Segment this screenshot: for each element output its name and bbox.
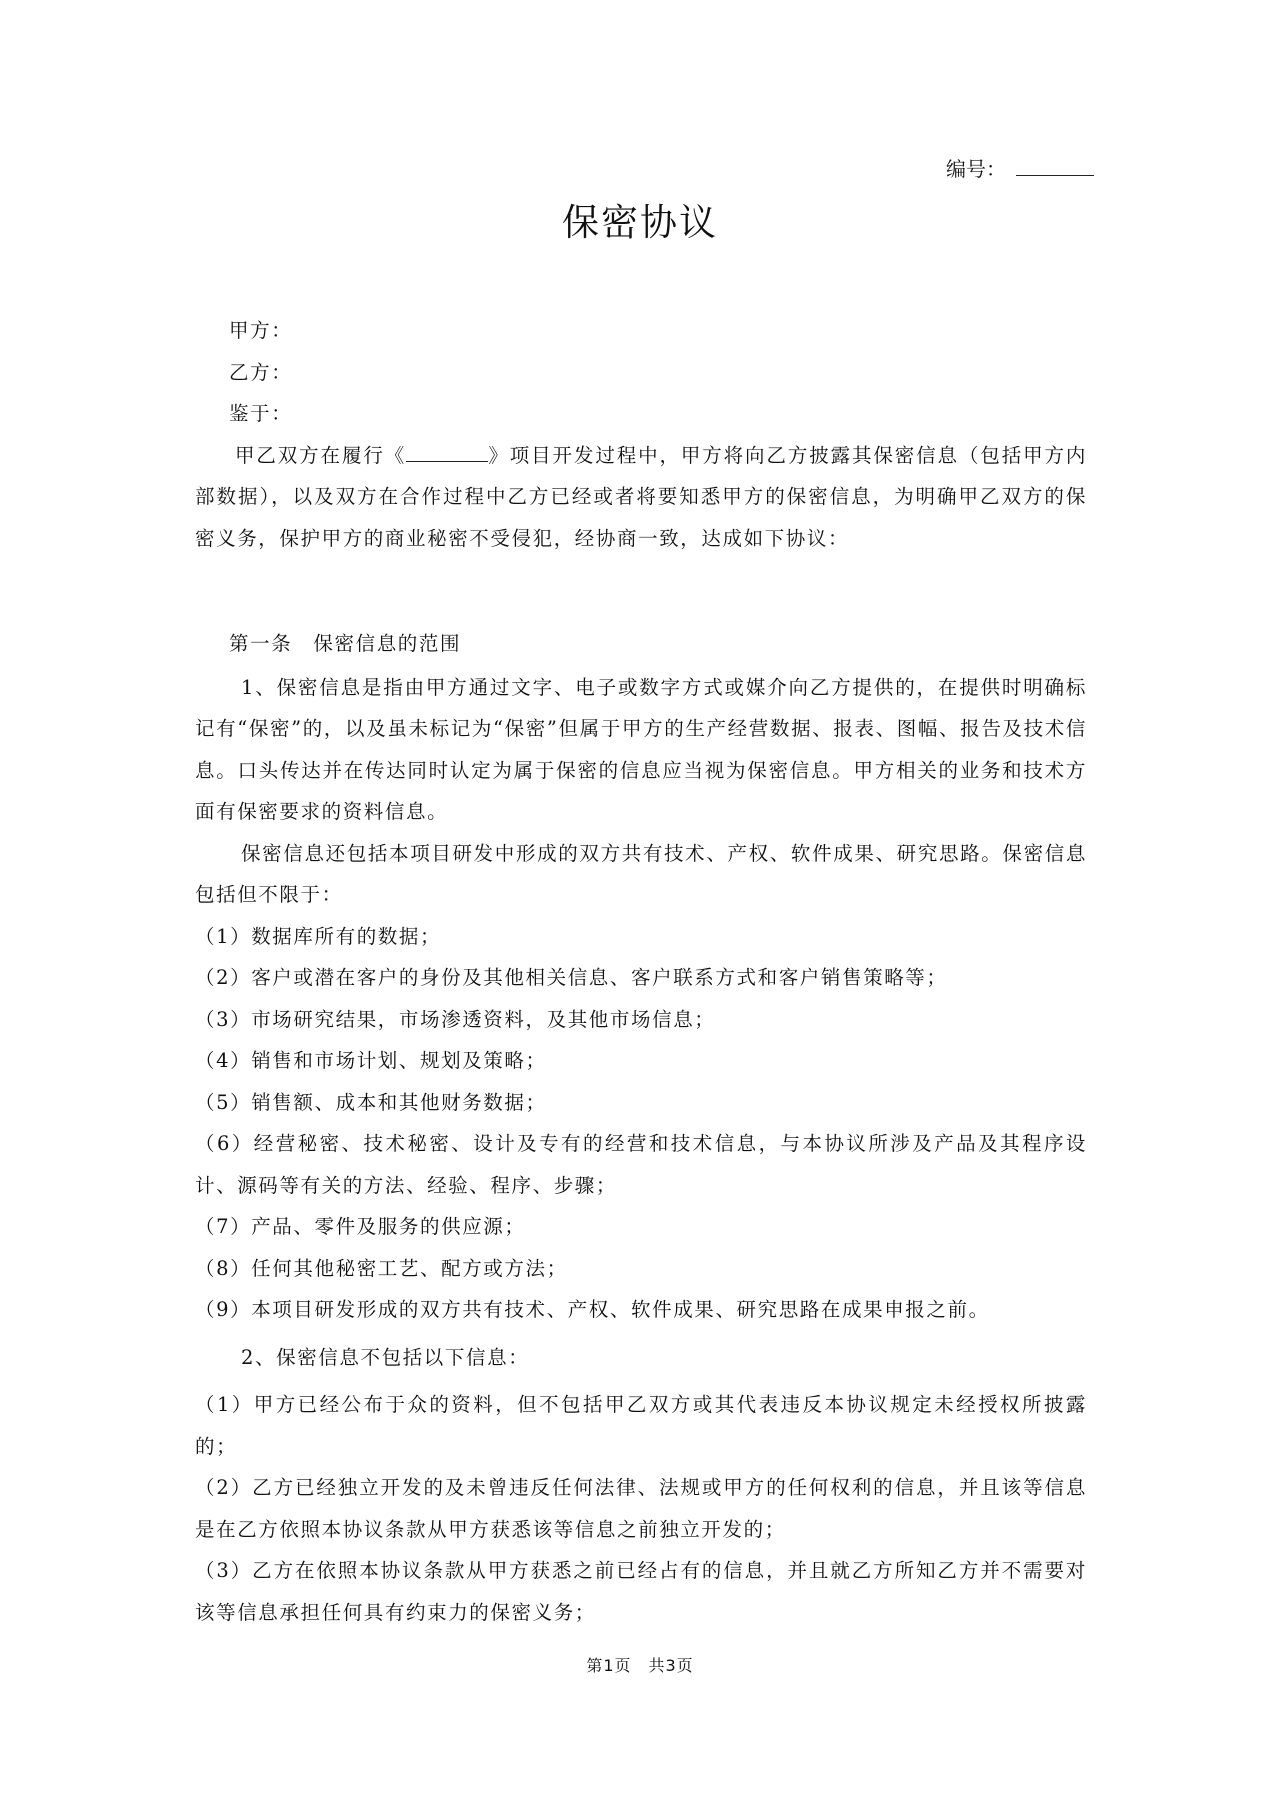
preamble-paragraph: 甲乙双方在履行《》项目开发过程中，甲方将向乙方披露其保密信息（包括甲方内部数据）… <box>195 435 1087 560</box>
document-title: 保密协议 <box>0 198 1280 248</box>
whereas-label: 鉴于： <box>195 393 1087 435</box>
article-1-heading: 第一条 保密信息的范围 <box>195 623 1087 665</box>
page-footer: 第1页 共3页 <box>0 1654 1280 1678</box>
included-item-1: （1）数据库所有的数据； <box>195 916 1087 958</box>
preamble-text-before: 甲乙双方在履行《 <box>235 444 406 467</box>
included-item-4: （4）销售和市场计划、规划及策略； <box>195 1040 1087 1082</box>
included-item-5: （5）销售额、成本和其他财务数据； <box>195 1082 1087 1124</box>
included-item-3: （3）市场研究结果，市场渗透资料，及其他市场信息； <box>195 999 1087 1041</box>
project-name-blank <box>406 443 488 462</box>
included-item-6: （6）经营秘密、技术秘密、设计及专有的经营和技术信息，与本协议所涉及产品及其程序… <box>195 1123 1087 1206</box>
included-item-9: （9）本项目研发形成的双方共有技术、产权、软件成果、研究思路在成果申报之前。 <box>195 1289 1087 1331</box>
excluded-item-1: （1）甲方已经公布于众的资料，但不包括甲乙双方或其代表违反本协议规定未经授权所披… <box>195 1384 1087 1467</box>
clause-1-paragraph: 1、保密信息是指由甲方通过文字、电子或数字方式或媒介向乙方提供的，在提供时明确标… <box>195 667 1087 833</box>
party-b-label: 乙方： <box>195 352 1087 394</box>
clause-2-heading: 2、保密信息不包括以下信息： <box>195 1337 1087 1379</box>
party-a-label: 甲方： <box>195 310 1087 352</box>
serial-number-blank <box>1016 157 1094 176</box>
document-page: 编号： 保密协议 甲方： 乙方： 鉴于： 甲乙双方在履行《》项目开发过程中，甲方… <box>0 0 1280 1810</box>
clause-1-continuation: 保密信息还包括本项目研发中形成的双方共有技术、产权、软件成果、研究思路。保密信息… <box>195 833 1087 916</box>
excluded-item-3: （3）乙方在依照本协议条款从甲方获悉之前已经占有的信息，并且就乙方所知乙方并不需… <box>195 1550 1087 1633</box>
document-body: 甲方： 乙方： 鉴于： 甲乙双方在履行《》项目开发过程中，甲方将向乙方披露其保密… <box>195 310 1087 1633</box>
included-item-2: （2）客户或潜在客户的身份及其他相关信息、客户联系方式和客户销售策略等； <box>195 957 1087 999</box>
included-item-8: （8）任何其他秘密工艺、配方或方法； <box>195 1248 1087 1290</box>
included-item-7: （7）产品、零件及服务的供应源； <box>195 1206 1087 1248</box>
serial-number-field: 编号： <box>946 155 1094 183</box>
excluded-item-2: （2）乙方已经独立开发的及未曾违反任何法律、法规或甲方的任何权利的信息，并且该等… <box>195 1467 1087 1550</box>
serial-number-label: 编号： <box>946 157 1006 181</box>
spacer <box>195 559 1087 623</box>
